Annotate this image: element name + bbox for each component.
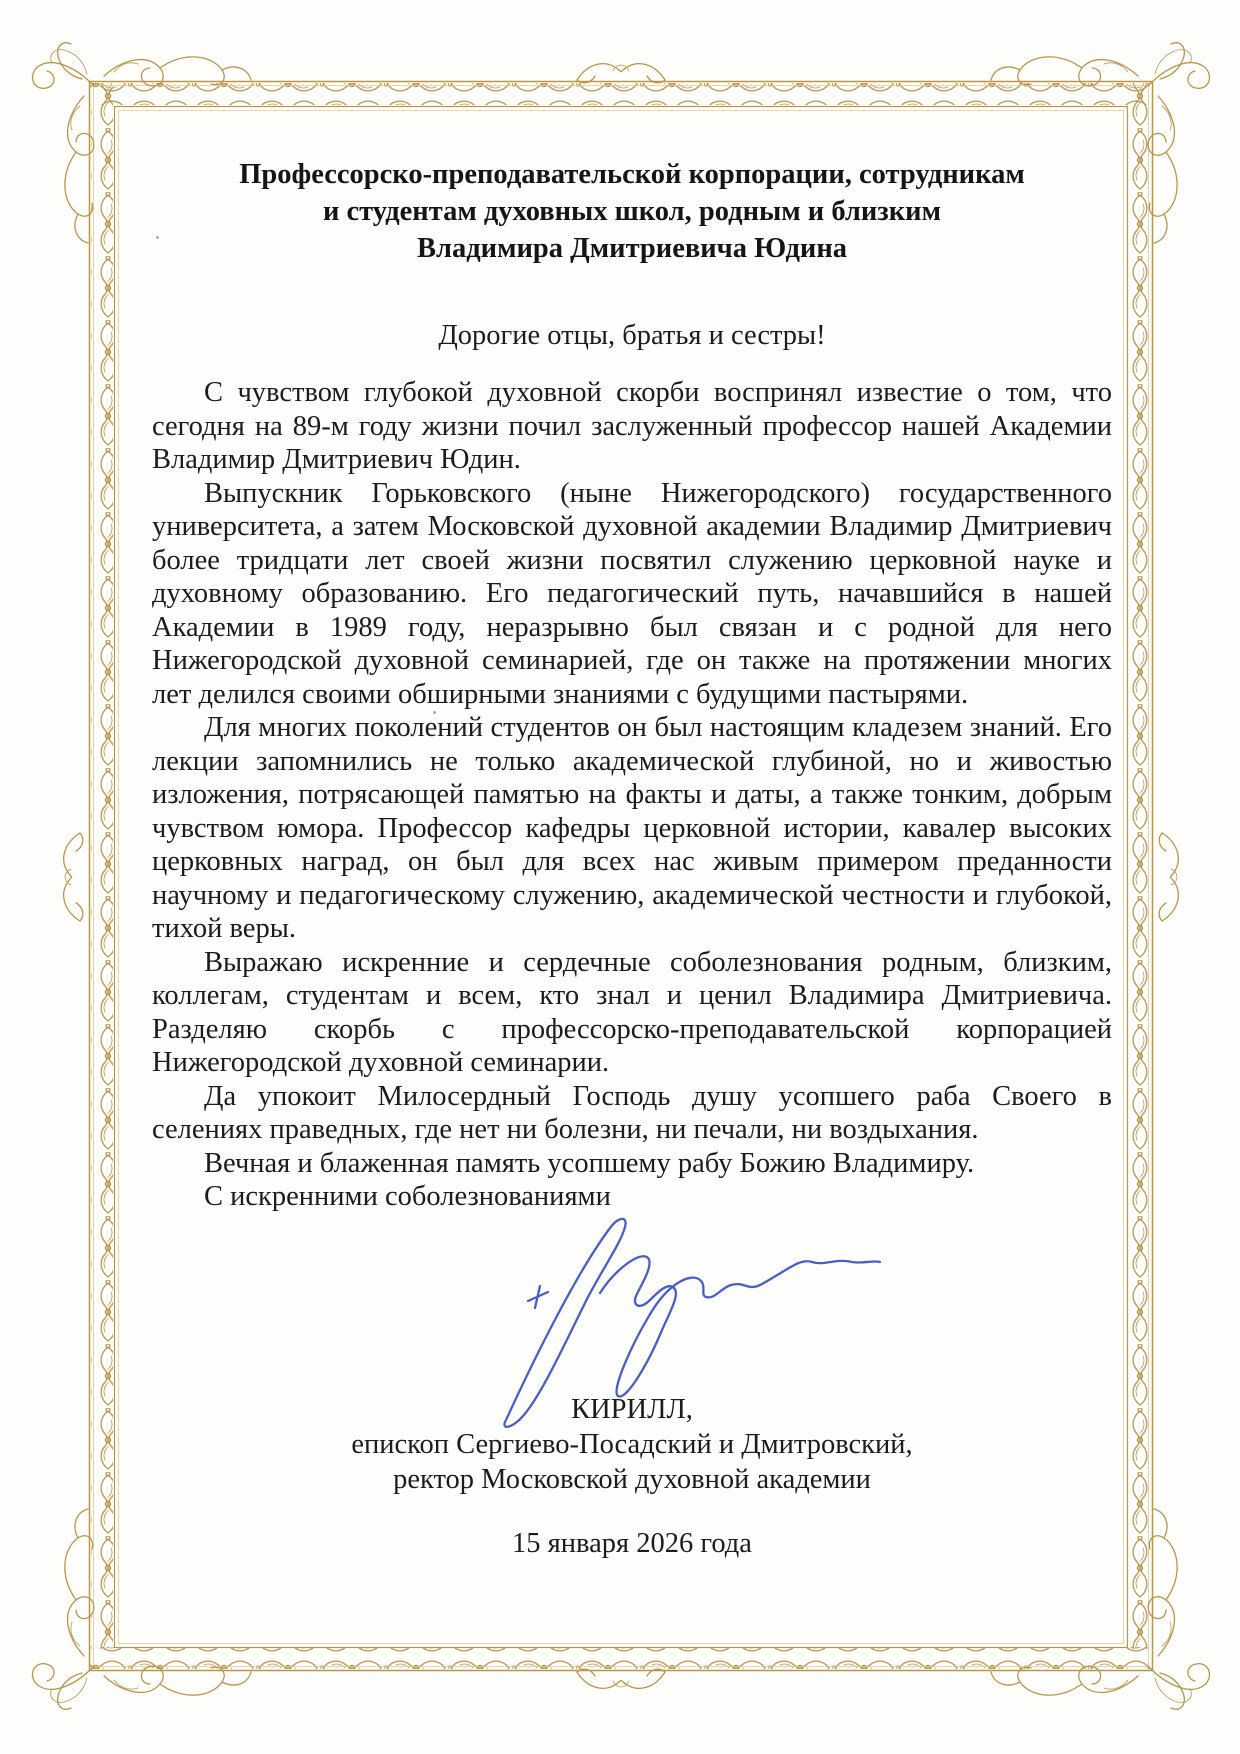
paragraph: Выпускник Горьковского (ныне Нижегородск… [152, 477, 1112, 712]
salutation: Дорогие отцы, братья и сестры! [152, 320, 1112, 352]
mid-ornament-bottom [577, 1669, 665, 1688]
signature-cross [528, 1286, 548, 1308]
paragraph: С чувством глубокой духовной скорби восп… [152, 376, 1112, 477]
mid-ornament-left [64, 833, 83, 921]
signatory-title: ректор Московской духовной академии [152, 1462, 1112, 1497]
recipient-line: и студентам духовных школ, родным и близ… [152, 193, 1112, 230]
signature-stroke [600, 1256, 880, 1396]
border-band-top [90, 83, 1152, 105]
recipient-line: Профессорско-преподавательской корпораци… [152, 156, 1112, 193]
signatory-name: КИРИЛЛ, [152, 1392, 1112, 1427]
paragraph: Выражаю искренние и сердечные соболезнов… [152, 946, 1112, 1080]
border-band-bottom [90, 1647, 1152, 1669]
letter-body: С чувством глубокой духовной скорби восп… [152, 376, 1112, 1214]
border-band-left [91, 83, 113, 1649]
paragraph: Для многих поколений студентов он был на… [152, 711, 1112, 946]
border-band-right [1129, 83, 1151, 1649]
paragraph: Да упокоит Милосердный Господь душу усоп… [152, 1080, 1112, 1147]
letter-page: { "frame": { "gold_color": "#b9954a", "g… [0, 0, 1240, 1754]
signature-block: КИРИЛЛ, епископ Сергиево-Посадский и Дми… [152, 1392, 1112, 1497]
recipient-line: Владимира Дмитриевича Юдина [152, 230, 1112, 267]
signatory-title: епископ Сергиево-Посадский и Дмитровский… [152, 1427, 1112, 1462]
letter-date: 15 января 2026 года [152, 1528, 1112, 1560]
mid-ornament-right [1159, 833, 1178, 921]
recipient-header: Профессорско-преподавательской корпораци… [152, 156, 1112, 267]
paragraph: Вечная и блаженная память усопшему рабу … [152, 1147, 1112, 1181]
mid-ornament-top [577, 64, 665, 83]
